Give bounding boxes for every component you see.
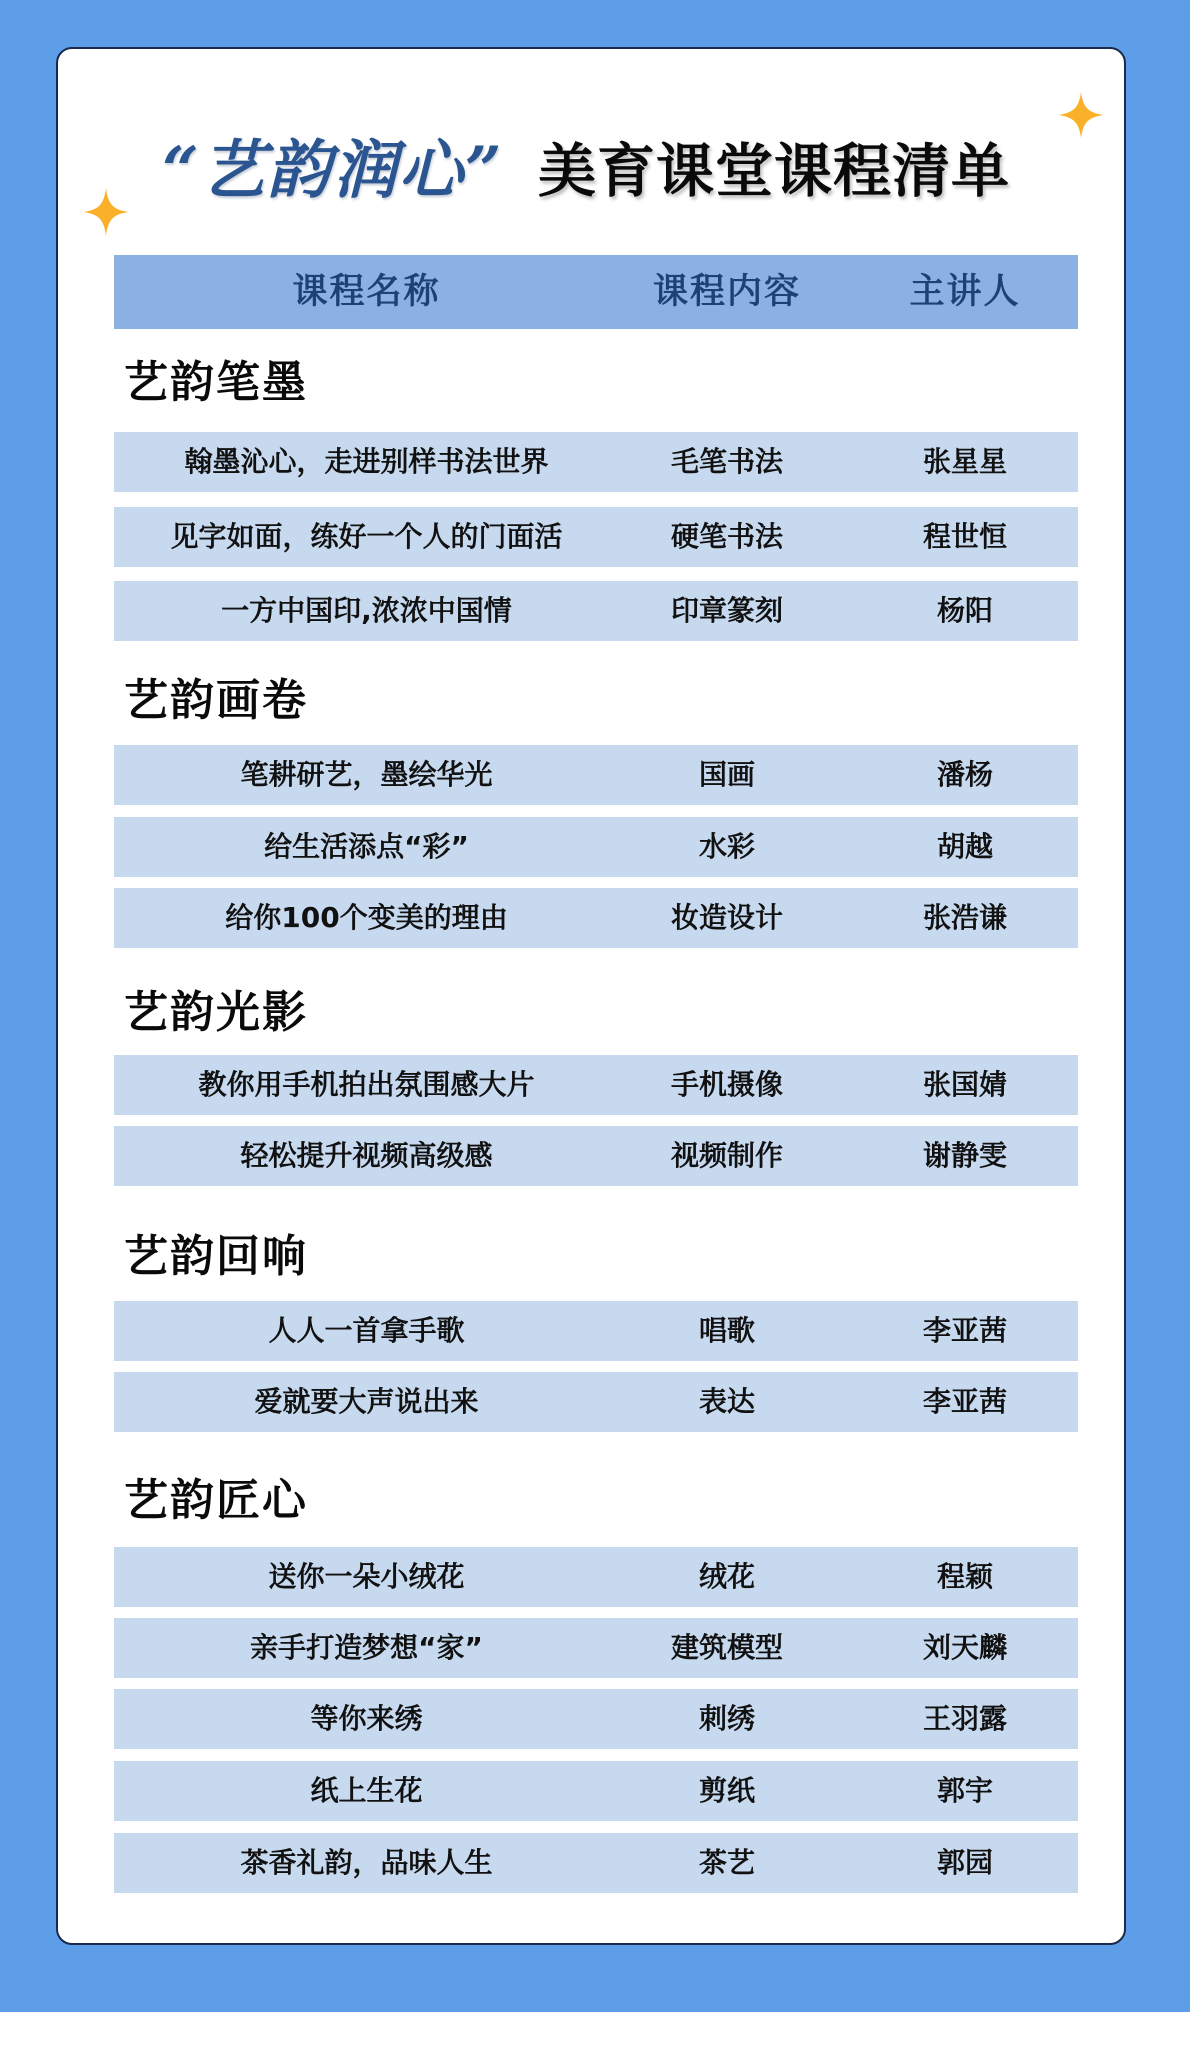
table-row: 爱就要大声说出来 表达 李亚茜	[114, 1372, 1078, 1432]
course-speaker: 胡越	[865, 817, 1065, 877]
sparkle-star-icon	[83, 188, 129, 236]
course-content: 妆造设计	[627, 888, 827, 948]
course-speaker: 张星星	[865, 432, 1065, 492]
course-content: 唱歌	[627, 1301, 827, 1361]
course-content: 剪纸	[627, 1761, 827, 1821]
section-title: 艺韵回响	[124, 1232, 308, 1282]
table-row: 给生活添点“彩” 水彩 胡越	[114, 817, 1078, 877]
sparkle-star-icon	[1058, 92, 1104, 138]
course-content: 手机摄像	[627, 1055, 827, 1115]
course-content: 水彩	[627, 817, 827, 877]
table-row: 轻松提升视频高级感 视频制作 谢静雯	[114, 1126, 1078, 1186]
course-speaker: 李亚茜	[865, 1372, 1065, 1432]
table-row: 等你来绣 刺绣 王羽露	[114, 1689, 1078, 1749]
course-name: 茶香礼韵，品味人生	[114, 1833, 619, 1893]
course-name: 翰墨沁心，走进别样书法世界	[114, 432, 619, 492]
course-content: 视频制作	[627, 1126, 827, 1186]
table-row: 一方中国印,浓浓中国情 印章篆刻 杨阳	[114, 581, 1078, 641]
course-name: 亲手打造梦想“家”	[114, 1618, 619, 1678]
header-course-name: 课程名称	[114, 255, 619, 329]
course-content: 建筑模型	[627, 1618, 827, 1678]
course-speaker: 程颖	[865, 1547, 1065, 1607]
course-speaker: 王羽露	[865, 1689, 1065, 1749]
course-content: 硬笔书法	[627, 507, 827, 567]
course-name: 轻松提升视频高级感	[114, 1126, 619, 1186]
section-title: 艺韵画卷	[124, 676, 308, 726]
table-row: 见字如面，练好一个人的门面活 硬笔书法 程世恒	[114, 507, 1078, 567]
course-speaker: 谢静雯	[865, 1126, 1065, 1186]
course-name: 见字如面，练好一个人的门面活	[114, 507, 619, 567]
course-content: 刺绣	[627, 1689, 827, 1749]
table-row: 人人一首拿手歌 唱歌 李亚茜	[114, 1301, 1078, 1361]
title-main: 美育课堂课程清单	[538, 128, 1010, 214]
header-speaker: 主讲人	[865, 255, 1065, 329]
course-content: 表达	[627, 1372, 827, 1432]
section-title: 艺韵笔墨	[124, 358, 308, 408]
table-row: 送你一朵小绒花 绒花 程颖	[114, 1547, 1078, 1607]
course-name: 送你一朵小绒花	[114, 1547, 619, 1607]
table-row: 翰墨沁心，走进别样书法世界 毛笔书法 张星星	[114, 432, 1078, 492]
section-title: 艺韵匠心	[124, 1476, 308, 1526]
course-content: 绒花	[627, 1547, 827, 1607]
course-name: 笔耕研艺，墨绘华光	[114, 745, 619, 805]
course-name: 给你100个变美的理由	[114, 888, 619, 948]
course-speaker: 张浩谦	[865, 888, 1065, 948]
course-speaker: 杨阳	[865, 581, 1065, 641]
table-row: 纸上生花 剪纸 郭宇	[114, 1761, 1078, 1821]
course-name: 等你来绣	[114, 1689, 619, 1749]
table-row: 教你用手机拍出氛围感大片 手机摄像 张国婧	[114, 1055, 1078, 1115]
course-name: 爱就要大声说出来	[114, 1372, 619, 1432]
table-row: 亲手打造梦想“家” 建筑模型 刘天麟	[114, 1618, 1078, 1678]
course-name: 给生活添点“彩”	[114, 817, 619, 877]
title-brand: “艺韵润心”	[162, 128, 504, 214]
course-content: 毛笔书法	[627, 432, 827, 492]
course-name: 人人一首拿手歌	[114, 1301, 619, 1361]
table-row: 茶香礼韵，品味人生 茶艺 郭园	[114, 1833, 1078, 1893]
course-speaker: 程世恒	[865, 507, 1065, 567]
course-speaker: 郭园	[865, 1833, 1065, 1893]
header-course-content: 课程内容	[627, 255, 827, 329]
course-speaker: 刘天麟	[865, 1618, 1065, 1678]
table-header: 课程名称 课程内容 主讲人	[114, 255, 1078, 329]
page-title: “艺韵润心” 美育课堂课程清单	[150, 128, 1030, 214]
table-row: 笔耕研艺，墨绘华光 国画 潘杨	[114, 745, 1078, 805]
table-row: 给你100个变美的理由 妆造设计 张浩谦	[114, 888, 1078, 948]
course-speaker: 郭宇	[865, 1761, 1065, 1821]
course-name: 纸上生花	[114, 1761, 619, 1821]
course-name: 教你用手机拍出氛围感大片	[114, 1055, 619, 1115]
course-content: 茶艺	[627, 1833, 827, 1893]
course-speaker: 张国婧	[865, 1055, 1065, 1115]
course-content: 国画	[627, 745, 827, 805]
course-content: 印章篆刻	[627, 581, 827, 641]
course-speaker: 李亚茜	[865, 1301, 1065, 1361]
course-name: 一方中国印,浓浓中国情	[114, 581, 619, 641]
section-title: 艺韵光影	[124, 988, 308, 1038]
course-speaker: 潘杨	[865, 745, 1065, 805]
